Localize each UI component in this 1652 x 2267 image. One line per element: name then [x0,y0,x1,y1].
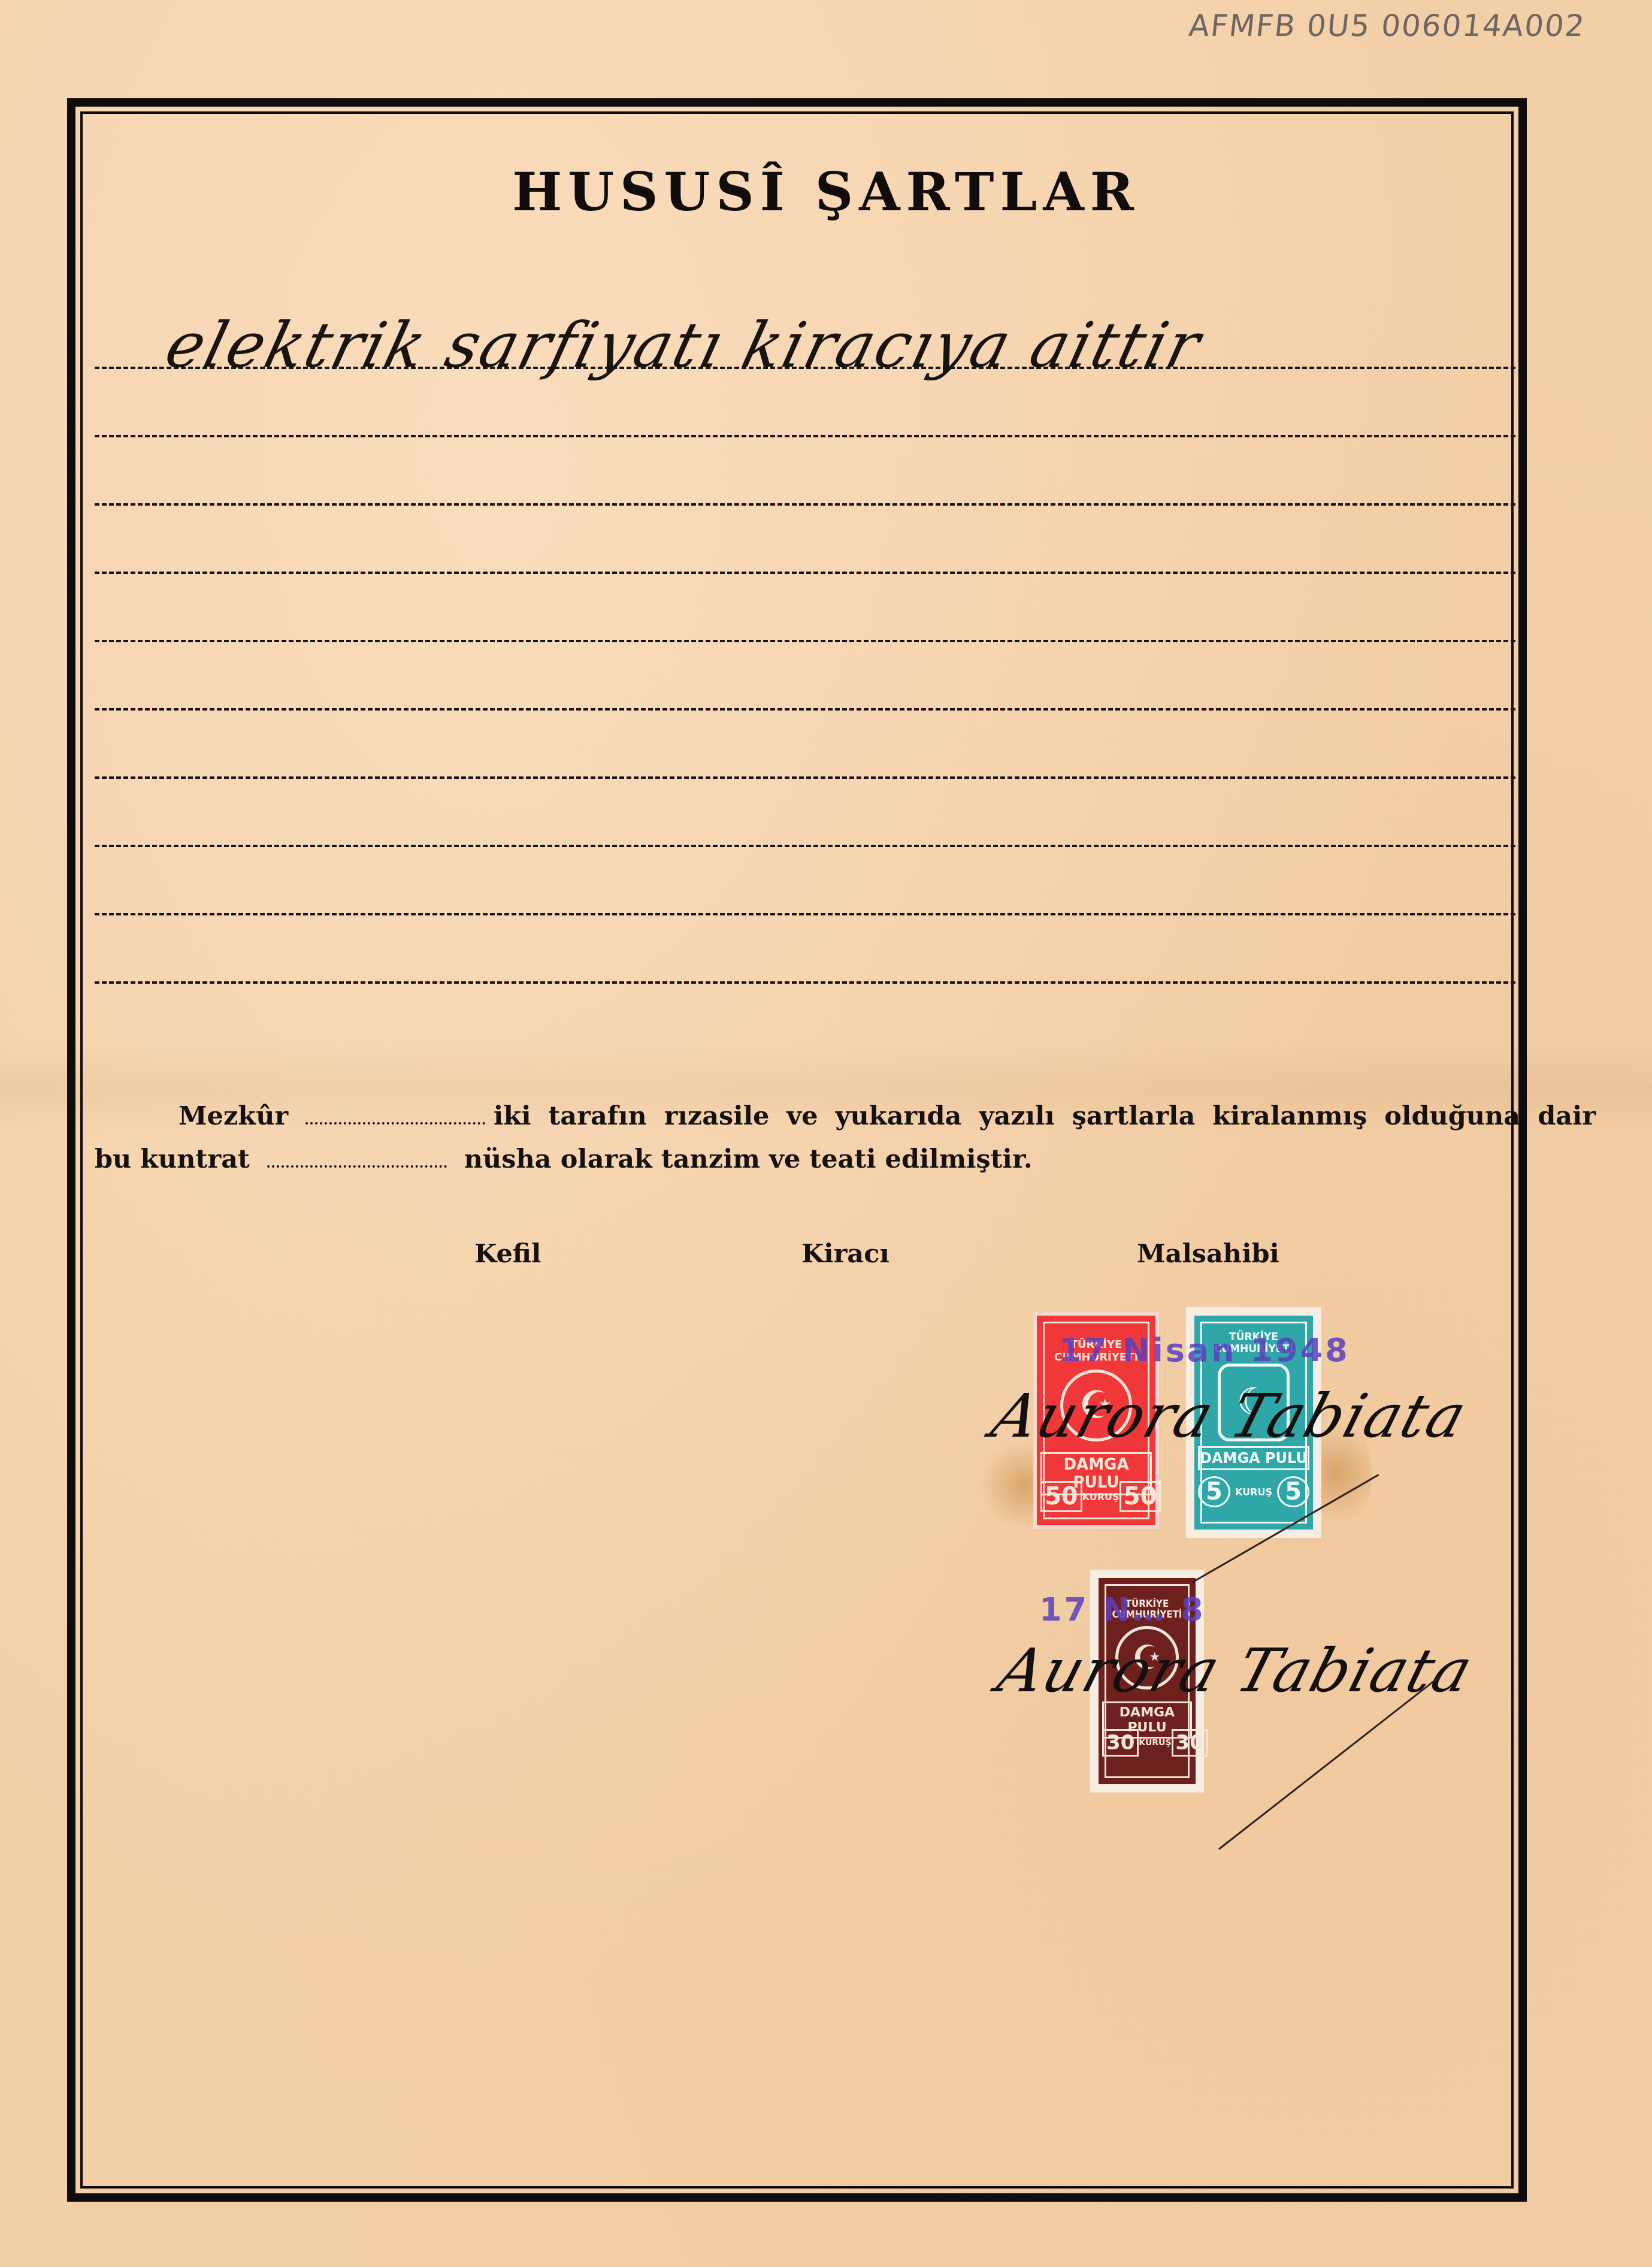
copies-blank-field[interactable] [267,1165,447,1168]
archive-code: AFMFB 0U5 006014A002 [1187,8,1587,43]
paragraph-line-2-text: nüsha olarak tanzim ve teati edilmiştir. [464,1144,1033,1174]
ruled-line[interactable] [95,435,1515,437]
ruled-line[interactable] [95,913,1515,915]
ruled-line[interactable] [95,708,1515,711]
ruled-line[interactable] [95,776,1515,779]
stamp-value: 5 [1277,1476,1309,1507]
stamp-value: 50 [1120,1481,1161,1512]
ruled-line[interactable] [95,640,1515,642]
mezkur-label: Mezkûr [178,1101,288,1131]
stamp-unit: KURUŞ [1082,1491,1120,1503]
ruled-line[interactable] [95,572,1515,574]
ruled-line[interactable] [95,845,1515,847]
stamp-unit: KURUŞ [1139,1738,1171,1748]
stamp-value: 50 [1040,1481,1082,1512]
property-blank-field[interactable] [305,1122,485,1125]
document-title: HUSUSÎ ŞARTLAR [0,161,1652,223]
stamp-value: 30 [1172,1729,1208,1757]
stamp-value: 5 [1198,1476,1230,1507]
party-owner-label: Malsahibi [1137,1239,1279,1269]
owner-signature: Aurora Tabiata [990,1636,1481,1706]
date-cancellation-stamp: 17 Nisan 1948 [1059,1331,1350,1369]
ruled-line[interactable] [95,503,1515,506]
kuntrat-label: bu kuntrat [95,1144,250,1174]
date-cancellation-stamp: 17 N… 8 [1039,1591,1206,1628]
contract-paragraph-line-1: Mezkûr iki tarafın rızasile ve yukarıda … [95,1101,1515,1131]
ruled-line[interactable] [95,367,1515,369]
stamp-value: 30 [1102,1729,1139,1757]
owner-signature: Aurora Tabiata [984,1381,1475,1451]
party-guarantor-label: Kefil [474,1239,541,1269]
contract-paragraph-line-2: bu kuntrat nüsha olarak tanzim ve teati … [95,1144,1515,1174]
paragraph-line-1-text: iki tarafın rızasile ve yukarıda yazılı … [494,1101,1596,1131]
party-tenant-label: Kiracı [801,1239,889,1269]
handwritten-condition: elektrik sarfiyatı kiracıya aittir [159,309,1209,382]
ruled-line[interactable] [95,981,1515,984]
stamp-unit: KURUŞ [1235,1486,1272,1498]
